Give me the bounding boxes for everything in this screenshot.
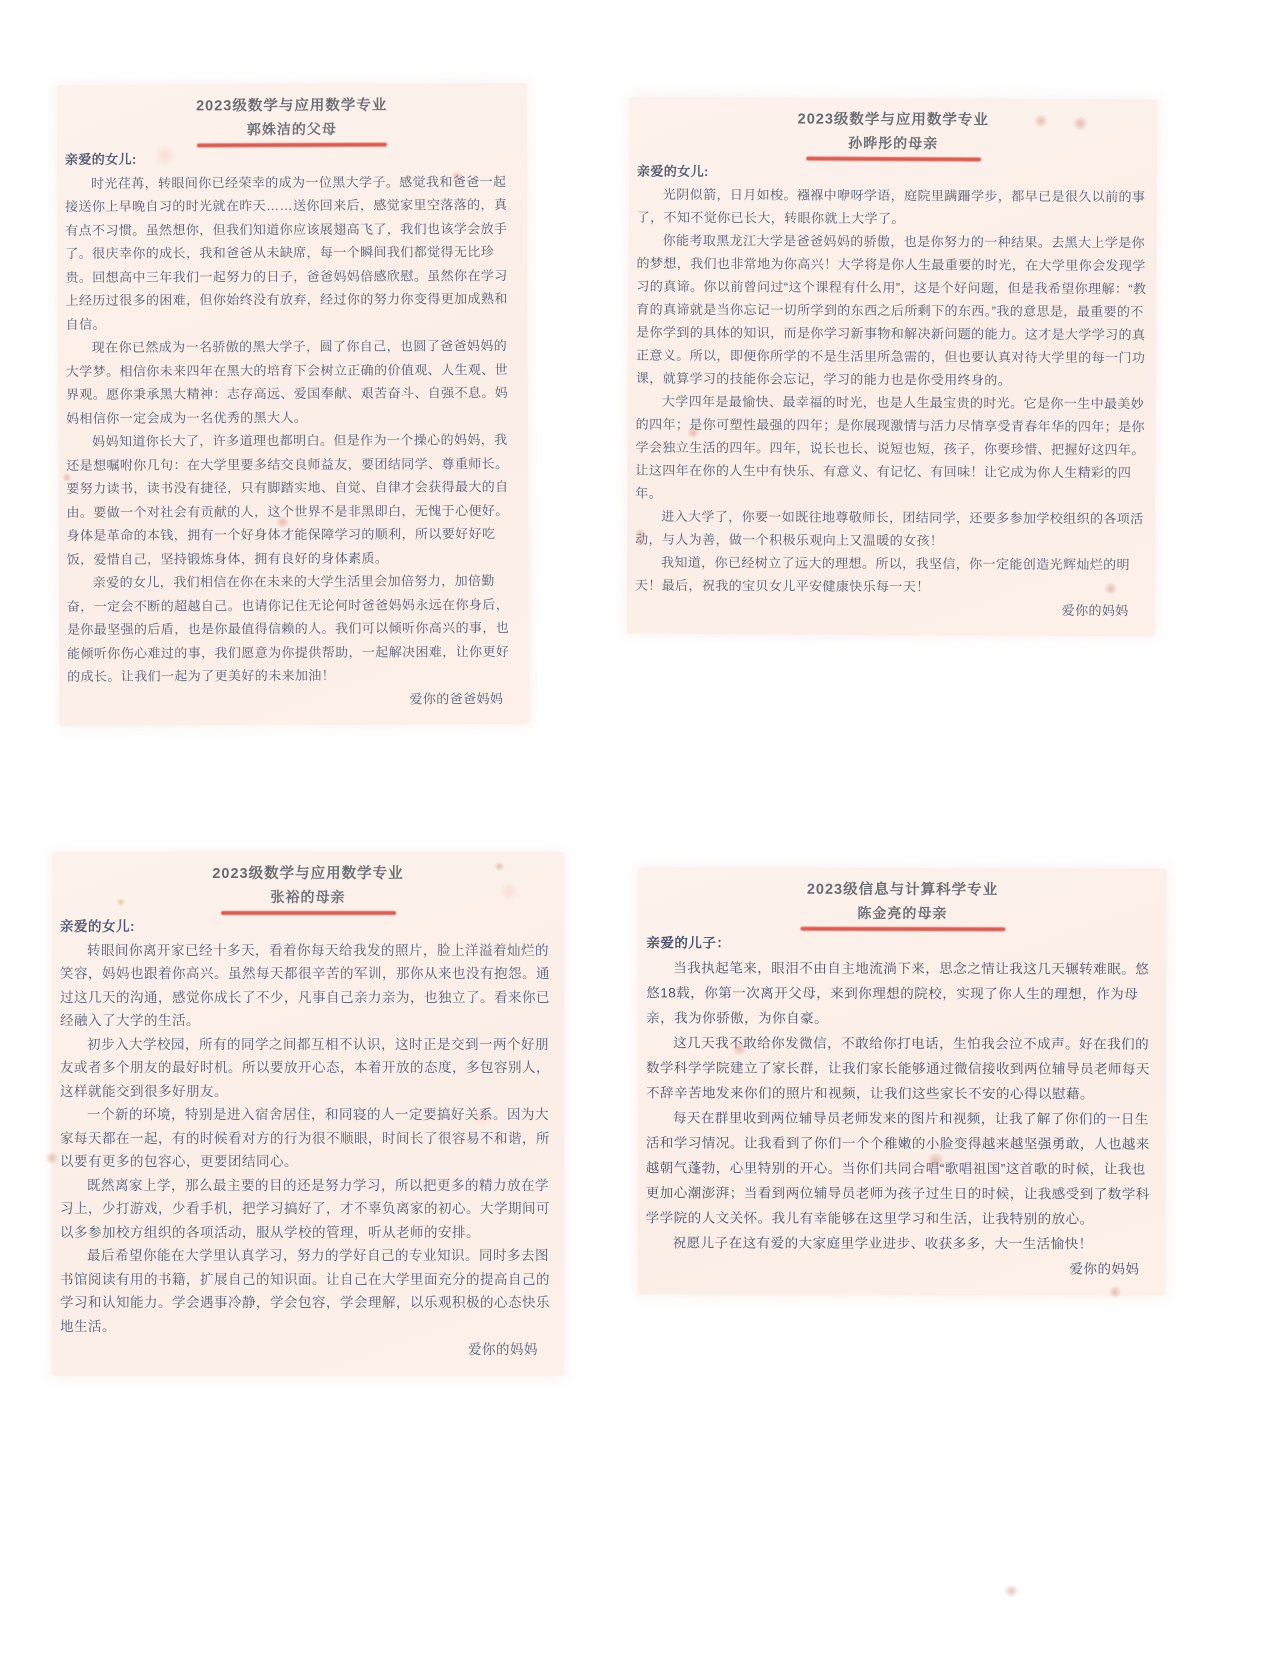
- letter-1-signature: 爱你的爸爸妈妈: [67, 687, 521, 712]
- letter-1-paragraph: 现在你已然成为一名骄傲的黑大学子，圆了你自己，也圆了爸爸妈妈的大学梦。相信你未来…: [66, 334, 520, 430]
- letter-4-program: 2023级信息与计算科学专业: [646, 877, 1158, 902]
- letter-2-signature: 爱你的妈妈: [635, 597, 1147, 623]
- letter-4-paragraph: 当我执起笔来，眼泪不由自主地流淌下来，思念之情让我这几天辗转难眠。悠悠18载，你…: [646, 955, 1158, 1031]
- letter-4-paragraph: 这几天我不敢给你发微信，不敢给你打电话，生怕我会泣不成声。好在我们的数学科学学院…: [646, 1030, 1158, 1106]
- red-underline: [800, 927, 1005, 932]
- letter-2-paragraph: 光阴似箭，日月如梭。襁褓中咿呀学语，庭院里蹒跚学步，都早已是很久以前的事了，不知…: [637, 183, 1149, 232]
- letter-2-paragraph: 大学四年是最愉快、最幸福的时光，也是人生最宝贵的时光。它是你一生中最美妙的四年；…: [635, 390, 1148, 508]
- letter-card-3: 2023级数学与应用数学专业 张裕的母亲 亲爱的女儿: 转眼间你离开家已经十多天…: [52, 852, 564, 1376]
- letter-4-salutation: 亲爱的儿子：: [646, 930, 1158, 956]
- letter-1-paragraph: 妈妈知道你长大了，许多道理也都明白。但是作为一个操心的妈妈，我还是想嘱咐你几句：…: [66, 428, 521, 571]
- letter-2-paragraph: 我知道，你已经树立了远大的理想。所以，我坚信，你一定能创造光辉灿烂的明天！最后，…: [635, 551, 1147, 600]
- red-underline: [221, 911, 396, 915]
- letter-card-2: 2023级数学与应用数学专业 孙晔彤的母亲 亲爱的女儿: 光阴似箭，日月如梭。襁…: [627, 97, 1158, 637]
- letter-card-4: 2023级信息与计算科学专业 陈金亮的母亲 亲爱的儿子： 当我执起笔来，眼泪不由…: [637, 867, 1166, 1295]
- letter-3-paragraph: 一个新的环境，特别是进入宿舍居住，和同寝的人一定要搞好关系。因为大家每天都在一起…: [60, 1103, 556, 1174]
- letter-2-salutation: 亲爱的女儿:: [637, 160, 1149, 186]
- letter-1-salutation: 亲爱的女儿:: [65, 146, 519, 171]
- letter-1-author: 郭姝洁的父母: [65, 117, 519, 141]
- letter-3-paragraph: 既然离家上学，那么最主要的目的还是努力学习，所以把更多的精力放在学习上，少打游戏…: [60, 1174, 556, 1245]
- letter-1-paragraph: 时光荏苒，转眼间你已经荣幸的成为一位黑大学子。感觉我和爸爸一起接送你上早晚自习的…: [65, 170, 520, 336]
- letter-3-paragraph: 初步入大学校园，所有的同学之间都互相不认识，这时正是交到一两个好朋友或者多个朋友…: [60, 1033, 556, 1104]
- letter-3-paragraph: 转眼间你离开家已经十多天，看着你每天给我发的照片，脸上洋溢着灿烂的笑容，妈妈也跟…: [60, 939, 556, 1033]
- letter-4-author: 陈金亮的母亲: [646, 901, 1158, 924]
- scanned-letters-page: 2023级数学与应用数学专业 郭姝洁的父母 亲爱的女儿: 时光荏苒，转眼间你已经…: [0, 0, 1264, 1667]
- letter-4-paragraph: 祝愿儿子在这有爱的大家庭里学业进步、收获多多，大一生活愉快！: [646, 1230, 1158, 1256]
- stain-dot: [1005, 1585, 1018, 1597]
- letter-4-signature: 爱你的妈妈: [645, 1255, 1157, 1281]
- letter-3-paragraph: 最后希望你能在大学里认真学习，努力的学好自己的专业知识。同时多去图书馆阅读有用的…: [60, 1244, 556, 1338]
- letter-4-paragraph: 每天在群里收到两位辅导员老师发来的图片和视频，让我了解了你们的一日生活和学习情况…: [646, 1105, 1158, 1231]
- letter-2-paragraph: 你能考取黑龙江大学是爸爸妈妈的骄傲，也是你努力的一种结果。去黑大上学是你的梦想，…: [636, 229, 1149, 393]
- letter-2-paragraph: 进入大学了，你要一如既往地尊敬师长，团结同学，还要多参加学校组织的各项活动，与人…: [635, 505, 1147, 554]
- letter-2-program: 2023级数学与应用数学专业: [637, 107, 1149, 134]
- letter-3-salutation: 亲爱的女儿:: [60, 915, 556, 939]
- letter-3-program: 2023级数学与应用数学专业: [60, 862, 556, 886]
- letter-1-paragraph: 亲爱的女儿，我们相信在你在未来的大学生活里会加倍努力，加倍勤奋，一定会不断的超越…: [67, 569, 522, 688]
- letter-2-author: 孙晔彤的母亲: [637, 131, 1149, 156]
- letter-3-author: 张裕的母亲: [60, 886, 556, 908]
- letter-card-1: 2023级数学与应用数学专业 郭姝洁的父母 亲爱的女儿: 时光荏苒，转眼间你已经…: [57, 83, 530, 726]
- letter-3-signature: 爱你的妈妈: [60, 1338, 556, 1362]
- red-underline: [197, 143, 387, 148]
- letter-1-program: 2023级数学与应用数学专业: [65, 93, 519, 119]
